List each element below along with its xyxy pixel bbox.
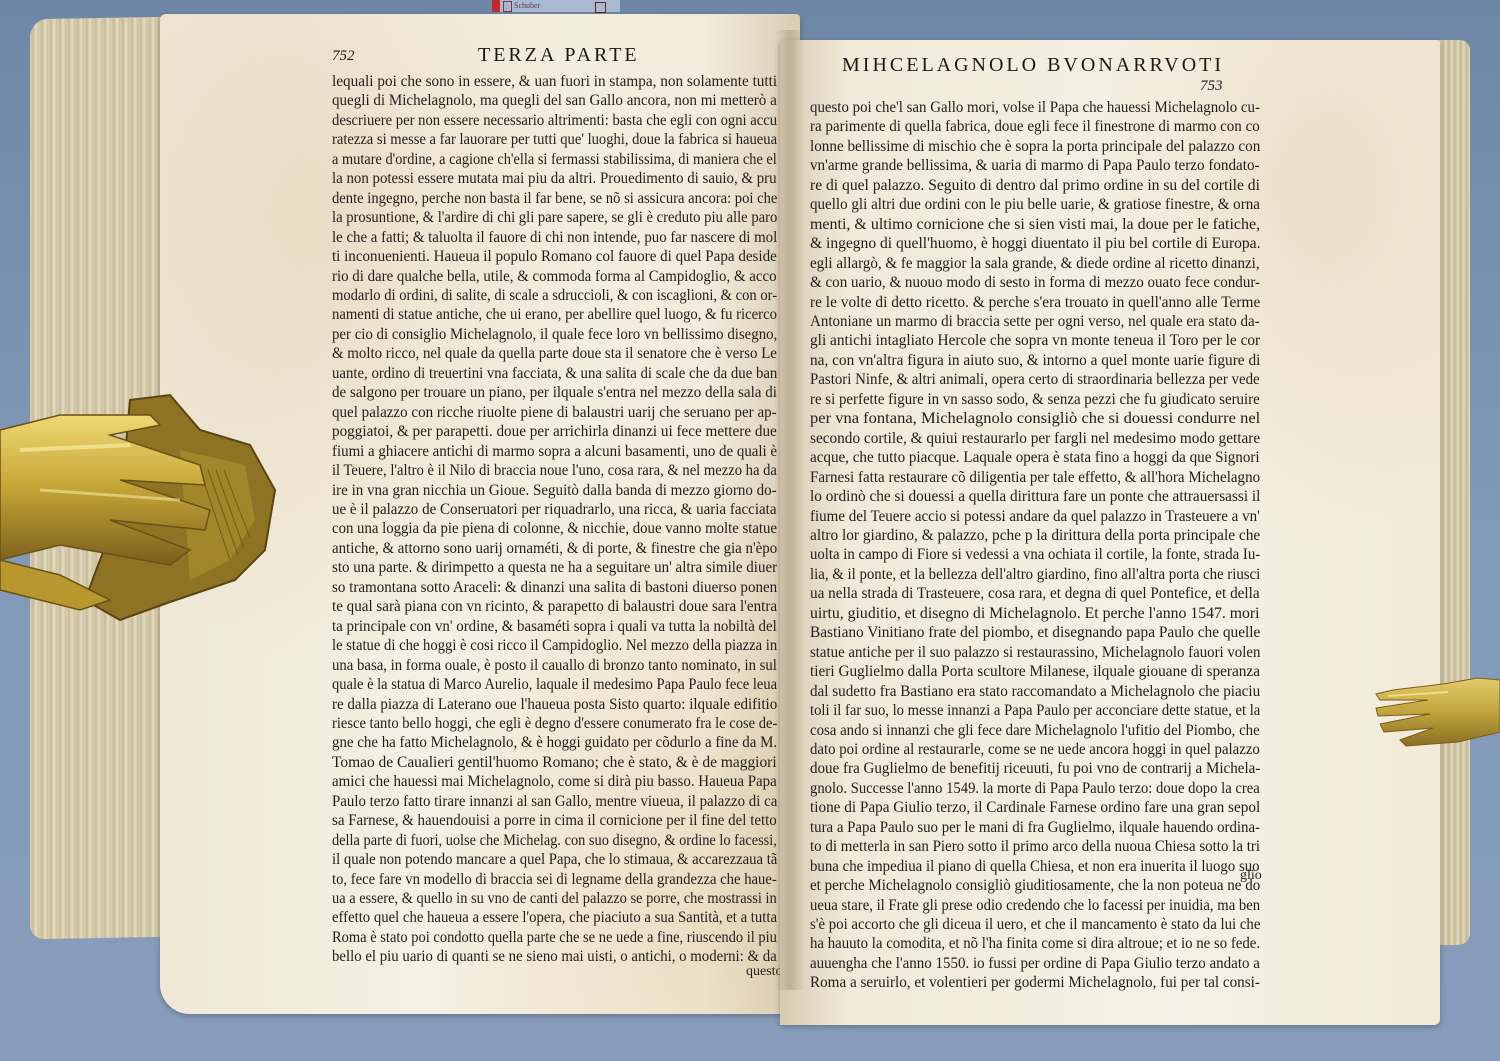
text-line: & ingegno di quell'huomo, è hoggi diuent…	[810, 234, 1260, 253]
text-line: fiume del Teuere accio si potessi andare…	[810, 507, 1260, 526]
text-line: re si perfette figure in vn sasso sodo, …	[810, 390, 1260, 409]
brass-hand-clip-right-icon	[1368, 672, 1500, 750]
text-line: bello el piu uario di quanti se ne sieno…	[332, 947, 777, 966]
text-line: poggiatoi, & per parapetti. doue per arr…	[332, 422, 777, 441]
text-line: auuengha che l'anno 1550. io fussi per o…	[810, 954, 1260, 973]
text-line: toli il far suo, lo messe innanzi a Papa…	[810, 701, 1260, 720]
text-line: Roma è stato poi condotto quella parte c…	[332, 928, 777, 947]
text-line: il Teuere, l'altro è il Nilo di braccia …	[332, 461, 777, 480]
text-line: uirtu, giuditio, et disegno di Michelagn…	[810, 604, 1260, 623]
text-line: ue è il palazzo de Conseruatori per riqu…	[332, 500, 777, 519]
text-line: re di quel palazzo. Seguito di dentro da…	[810, 176, 1260, 195]
text-line: le che a fatti; & taluolta il fauore di …	[332, 228, 777, 247]
text-line: ti inconuenienti. Haueua il populo Roman…	[332, 247, 777, 266]
running-head: TERZA PARTE	[478, 44, 640, 67]
text-line: rio di dare qualche bella, utile, & comm…	[332, 267, 777, 286]
text-line: antiche, & attorno sono uarij ornaméti, …	[332, 539, 777, 558]
text-line: uolta in campo di Fiore si vedessi a vna…	[810, 545, 1260, 564]
text-line: re dalla piazza di Laterano oue l'haueua…	[332, 695, 777, 714]
text-line: vn'arme grande bellissima, & uaria di ma…	[810, 156, 1260, 175]
text-line: ua a essere, & quello in su vno de canti…	[332, 889, 777, 908]
catchword: glio	[1240, 868, 1262, 884]
text-line: questo poi che'l san Gallo mori, volse i…	[810, 98, 1260, 117]
brass-hand-clip-left-icon	[0, 370, 280, 625]
text-line: altro lor giardino, & palazzo, pche p la…	[810, 526, 1260, 545]
book-gutter	[775, 30, 805, 990]
text-line: ratezza si messe a far lauorare per tutt…	[332, 130, 777, 149]
text-line: per vna fontana, Michelagnolo consigliò …	[810, 409, 1260, 428]
text-line: s'è poi accorto che gli diceua il uero, …	[810, 915, 1260, 934]
text-line: Bastiano Vinitiano frate del piombo, et …	[810, 623, 1260, 642]
text-line: & con uario, & nuouo modo di sesto in fo…	[810, 273, 1260, 292]
text-line: to, fece fare vn modello di braccia sei …	[332, 870, 777, 889]
text-line: tione di Papa Giulio terzo, il Cardinale…	[810, 798, 1260, 817]
text-line: amici che hauessi mai Michelagnolo, come…	[332, 772, 777, 791]
text-line: gne che ha fatto Michelagnolo, & è hoggi…	[332, 733, 777, 752]
text-line: dal sudetto fra Bastiano era stato racco…	[810, 682, 1260, 701]
page-number: 752	[332, 48, 355, 65]
page-text: questo poi che'l san Gallo mori, volse i…	[810, 98, 1289, 993]
text-line: la non potessi essere mutata mai piu da …	[332, 169, 777, 188]
text-line: cosa ando si innanzi che gli fece dare M…	[810, 721, 1260, 740]
text-line: riesce tanto bello hoggi, che egli è deg…	[332, 714, 777, 733]
text-line: Antoniane un marmo di braccia sette per …	[810, 312, 1260, 331]
shelf-label: Schuber	[500, 0, 620, 12]
text-line: na, con vn'altra figura in aiuto suo, & …	[810, 351, 1260, 370]
text-line: egli allargò, & fe maggior la sala grand…	[810, 254, 1260, 273]
text-line: lonne bellissime di mischio che è sopra …	[810, 137, 1260, 156]
text-line: le statue di che hoggi è cosi ricco il C…	[332, 636, 777, 655]
text-line: una basa, in forma ouale, è posto il cau…	[332, 656, 777, 675]
text-line: tura a Papa Paulo suo per le mani di fra…	[810, 818, 1260, 837]
text-line: te qual sarà piana con vn ricinto, & par…	[332, 597, 777, 616]
label-checkbox-icon	[503, 1, 512, 12]
text-line: ha hauuto la comodita, et nõ l'ha finita…	[810, 934, 1260, 953]
text-line: gli antichi intagliato Hercole che sopra…	[810, 331, 1260, 350]
text-line: con una loggia da pie piena di colonne, …	[332, 519, 777, 538]
text-line: re le volte di detto ricetto. & perche s…	[810, 293, 1260, 312]
text-line: Pastori Ninfe, & altri animali, opera ce…	[810, 370, 1260, 389]
text-line: effetto quel che haueua a essere l'opera…	[332, 908, 777, 927]
text-line: dato poi ordine al restaurarle, come se …	[810, 740, 1260, 759]
book-photo-scene: Schuber 752 TERZA PARTE lequali poi che …	[0, 0, 1500, 1061]
text-line: et perche Michelagnolo consigliò giuditi…	[810, 876, 1260, 895]
text-line: de salgono per trouare un piano, per ilq…	[332, 383, 777, 402]
text-line: fiumi a ghiacere antichi di marmo sopra …	[332, 442, 777, 461]
label-checkbox-icon	[595, 2, 606, 13]
right-page: MIHCELAGNOLO BVONARRVOTI 753 questo poi …	[780, 40, 1440, 1025]
page-number: 753	[1200, 78, 1223, 95]
text-line: lia, & il ponte, et la bellezza dell'alt…	[810, 565, 1260, 584]
text-line: Tomao de Caualieri gentil'huomo Romano; …	[332, 753, 777, 772]
text-line: Farnesi fatta restaurare cõ diligentia p…	[810, 468, 1260, 487]
page-text: lequali poi che sono in essere, & uan fu…	[332, 72, 815, 967]
text-line: sa Farnese, & hauendouisi a porre in cim…	[332, 811, 777, 830]
text-line: to di metterla in san Piero sotto il pri…	[810, 837, 1260, 856]
text-line: per cio di consiglio Michelagnolo, il qu…	[332, 325, 777, 344]
text-line: Paulo terzo fatto tirare innanzi al san …	[332, 792, 777, 811]
text-line: dente ingegno, perche non basta il far b…	[332, 189, 777, 208]
text-line: Roma a seruirlo, et volentieri per goder…	[810, 973, 1260, 992]
text-line: tieri Guglielmo dalla Porta scultore Mil…	[810, 662, 1260, 681]
text-line: menti, & ultimo cornicione che si sien v…	[810, 215, 1260, 234]
text-line: quegli di Michelagnolo, ma quegli del sa…	[332, 91, 777, 110]
text-line: namenti di statue antiche, che ui erano,…	[332, 305, 777, 324]
text-line: & molto ricco, nel quale da quella parte…	[332, 344, 777, 363]
text-line: descriuere per non essere necessario alt…	[332, 111, 777, 130]
text-line: buna che impediua il piano di quella Chi…	[810, 857, 1260, 876]
text-line: gnolo. Successe l'anno 1549. la morte di…	[810, 779, 1260, 798]
text-line: statue antiche per il suo palazzo si res…	[810, 643, 1260, 662]
text-line: ua nella strada di Trasteuere, cosa rara…	[810, 584, 1260, 603]
text-line: doue fra Guglielmo de benefitij riceuuti…	[810, 759, 1260, 778]
label-text: Schuber	[514, 1, 540, 10]
text-line: modarlo di ordini, di salite, di scale a…	[332, 286, 777, 305]
text-line: la prosuntione, & l'ardire di chi gli pa…	[332, 208, 777, 227]
text-line: quello gli altri due ordini con le piu b…	[810, 195, 1260, 214]
text-line: so tramontana sotto Araceli: & dinanzi u…	[332, 578, 777, 597]
text-line: ta principale con vn' ordine, & basaméti…	[332, 617, 777, 636]
text-line: della parte di fuori, uolse che Michelag…	[332, 831, 777, 850]
text-line: a mutare d'ordine, a cagione ch'ella si …	[332, 150, 777, 169]
text-line: ra parimente di quella fabrica, doue egl…	[810, 117, 1260, 136]
running-head: MIHCELAGNOLO BVONARRVOTI	[842, 54, 1224, 77]
text-line: sto una parte. & dirimpetto a questa ne …	[332, 558, 777, 577]
text-line: quel palazzo con ricche riuolte piene di…	[332, 403, 777, 422]
text-line: lequali poi che sono in essere, & uan fu…	[332, 72, 777, 91]
text-line: il quale non potendo mancare a quel Papa…	[332, 850, 777, 869]
text-line: uante, ordino di treuertini vna facciata…	[332, 364, 777, 383]
text-line: secondo cortile, & quiui restaurarlo per…	[810, 429, 1260, 448]
text-line: acque, che tutto piacque. Laquale opera …	[810, 448, 1260, 467]
bookmark-ribbon	[492, 0, 500, 12]
text-line: ire in vna gran nicchia un Gioue. Seguit…	[332, 481, 777, 500]
text-line: quale è la statua di Marco Aurelio, laqu…	[332, 675, 777, 694]
text-line: lo ordinò che si douessi a quella diritt…	[810, 487, 1260, 506]
text-line: ueua stare, il Frate gli prese odio cred…	[810, 896, 1260, 915]
